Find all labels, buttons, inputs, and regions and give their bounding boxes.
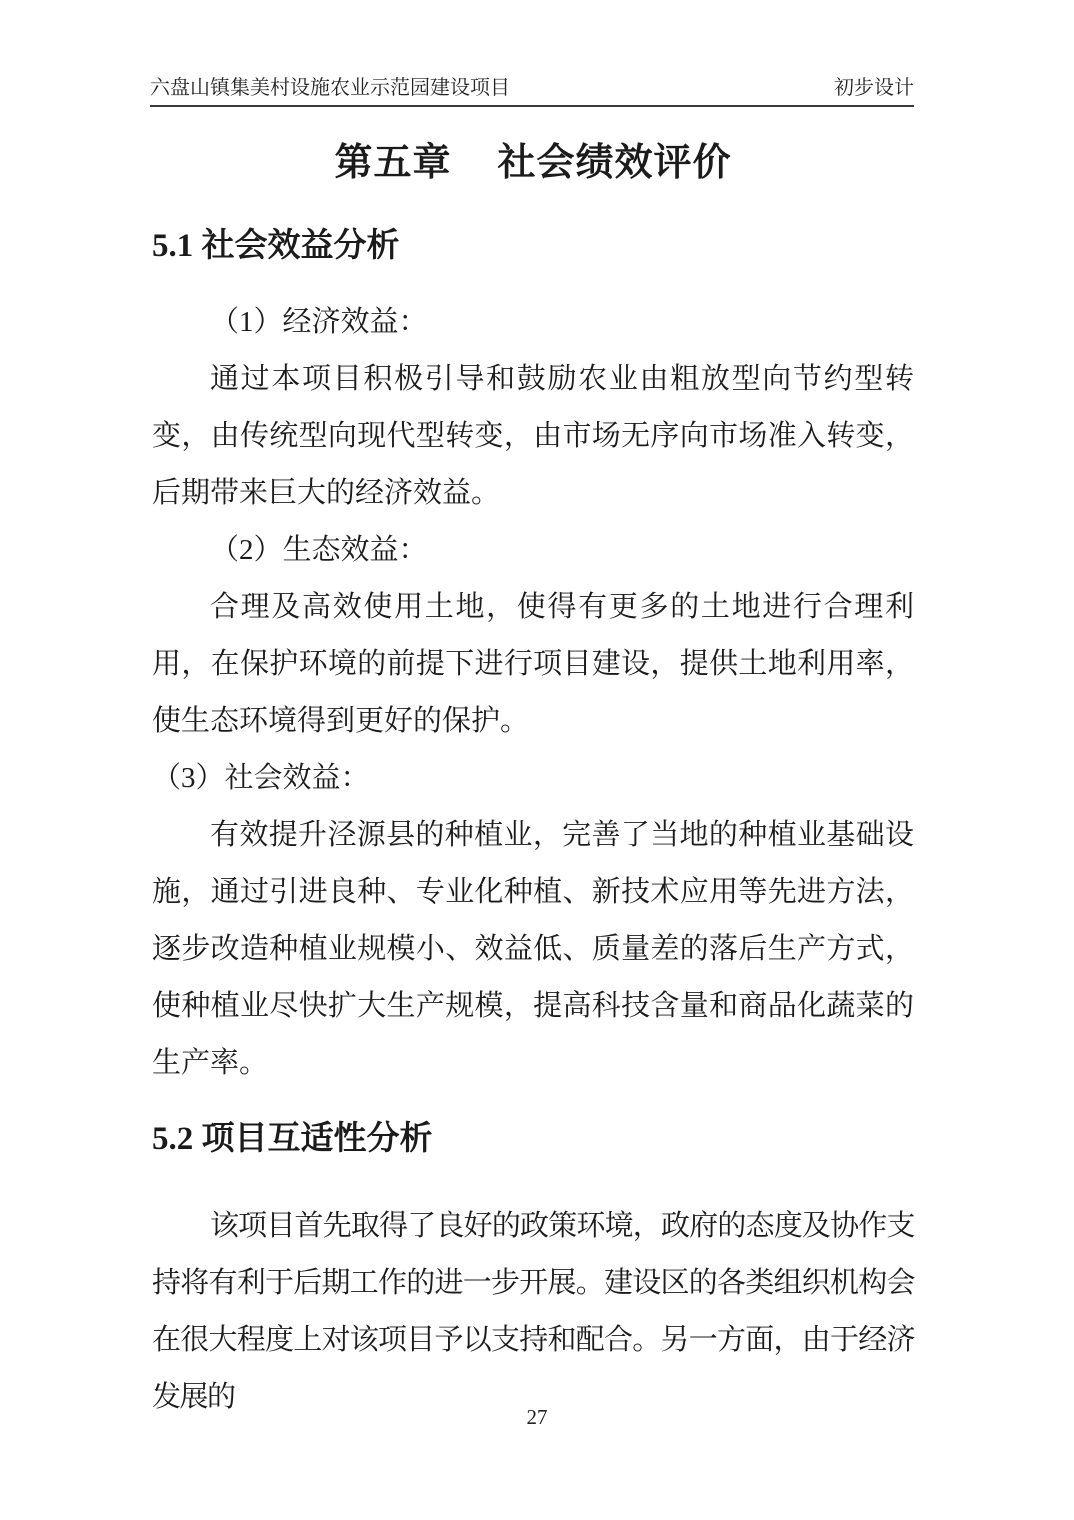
page-number: 27 [527,1405,548,1429]
paragraph-social-benefit-text: 有效提升泾源县的种植业，完善了当地的种植业基础设施，通过引进良种、专业化种植、新… [152,807,914,1092]
paragraph-economic-benefit-text: 通过本项目积极引导和鼓励农业由粗放型向节约型转变，由传统型向现代型转变，由市场无… [152,351,914,522]
section-heading-5-2: 5.2 项目互适性分析 [152,1119,914,1159]
chapter-name: 社会绩效评价 [498,142,732,184]
header-doc-type: 初步设计 [834,76,914,100]
page-content: 第五章社会绩效评价 5.1 社会效益分析 （1）经济效益： 通过本项目积极引导和… [152,130,914,1426]
paragraph-project-adaptability-text: 该项目首先取得了良好的政策环境，政府的态度及协作支持将有利于后期工作的进一步开展… [152,1198,914,1426]
paragraph-social-benefit-label: （3）社会效益： [152,750,914,807]
page-footer: 27 [0,1402,1074,1432]
section-heading-5-1: 5.1 社会效益分析 [152,226,914,266]
paragraph-ecological-benefit-text: 合理及高效使用土地，使得有更多的土地进行合理利用，在保护环境的前提下进行项目建设… [152,579,914,750]
header-project-title: 六盘山镇集美村设施农业示范园建设项目 [150,76,510,100]
chapter-title: 第五章社会绩效评价 [152,138,914,188]
chapter-label: 第五章 [334,142,451,184]
paragraph-economic-benefit-label: （1）经济效益： [152,294,914,351]
paragraph-ecological-benefit-label: （2）生态效益： [152,522,914,579]
page-header: 六盘山镇集美村设施农业示范园建设项目 初步设计 [150,76,914,107]
document-page: 六盘山镇集美村设施农业示范园建设项目 初步设计 第五章社会绩效评价 5.1 社会… [0,0,1074,1520]
